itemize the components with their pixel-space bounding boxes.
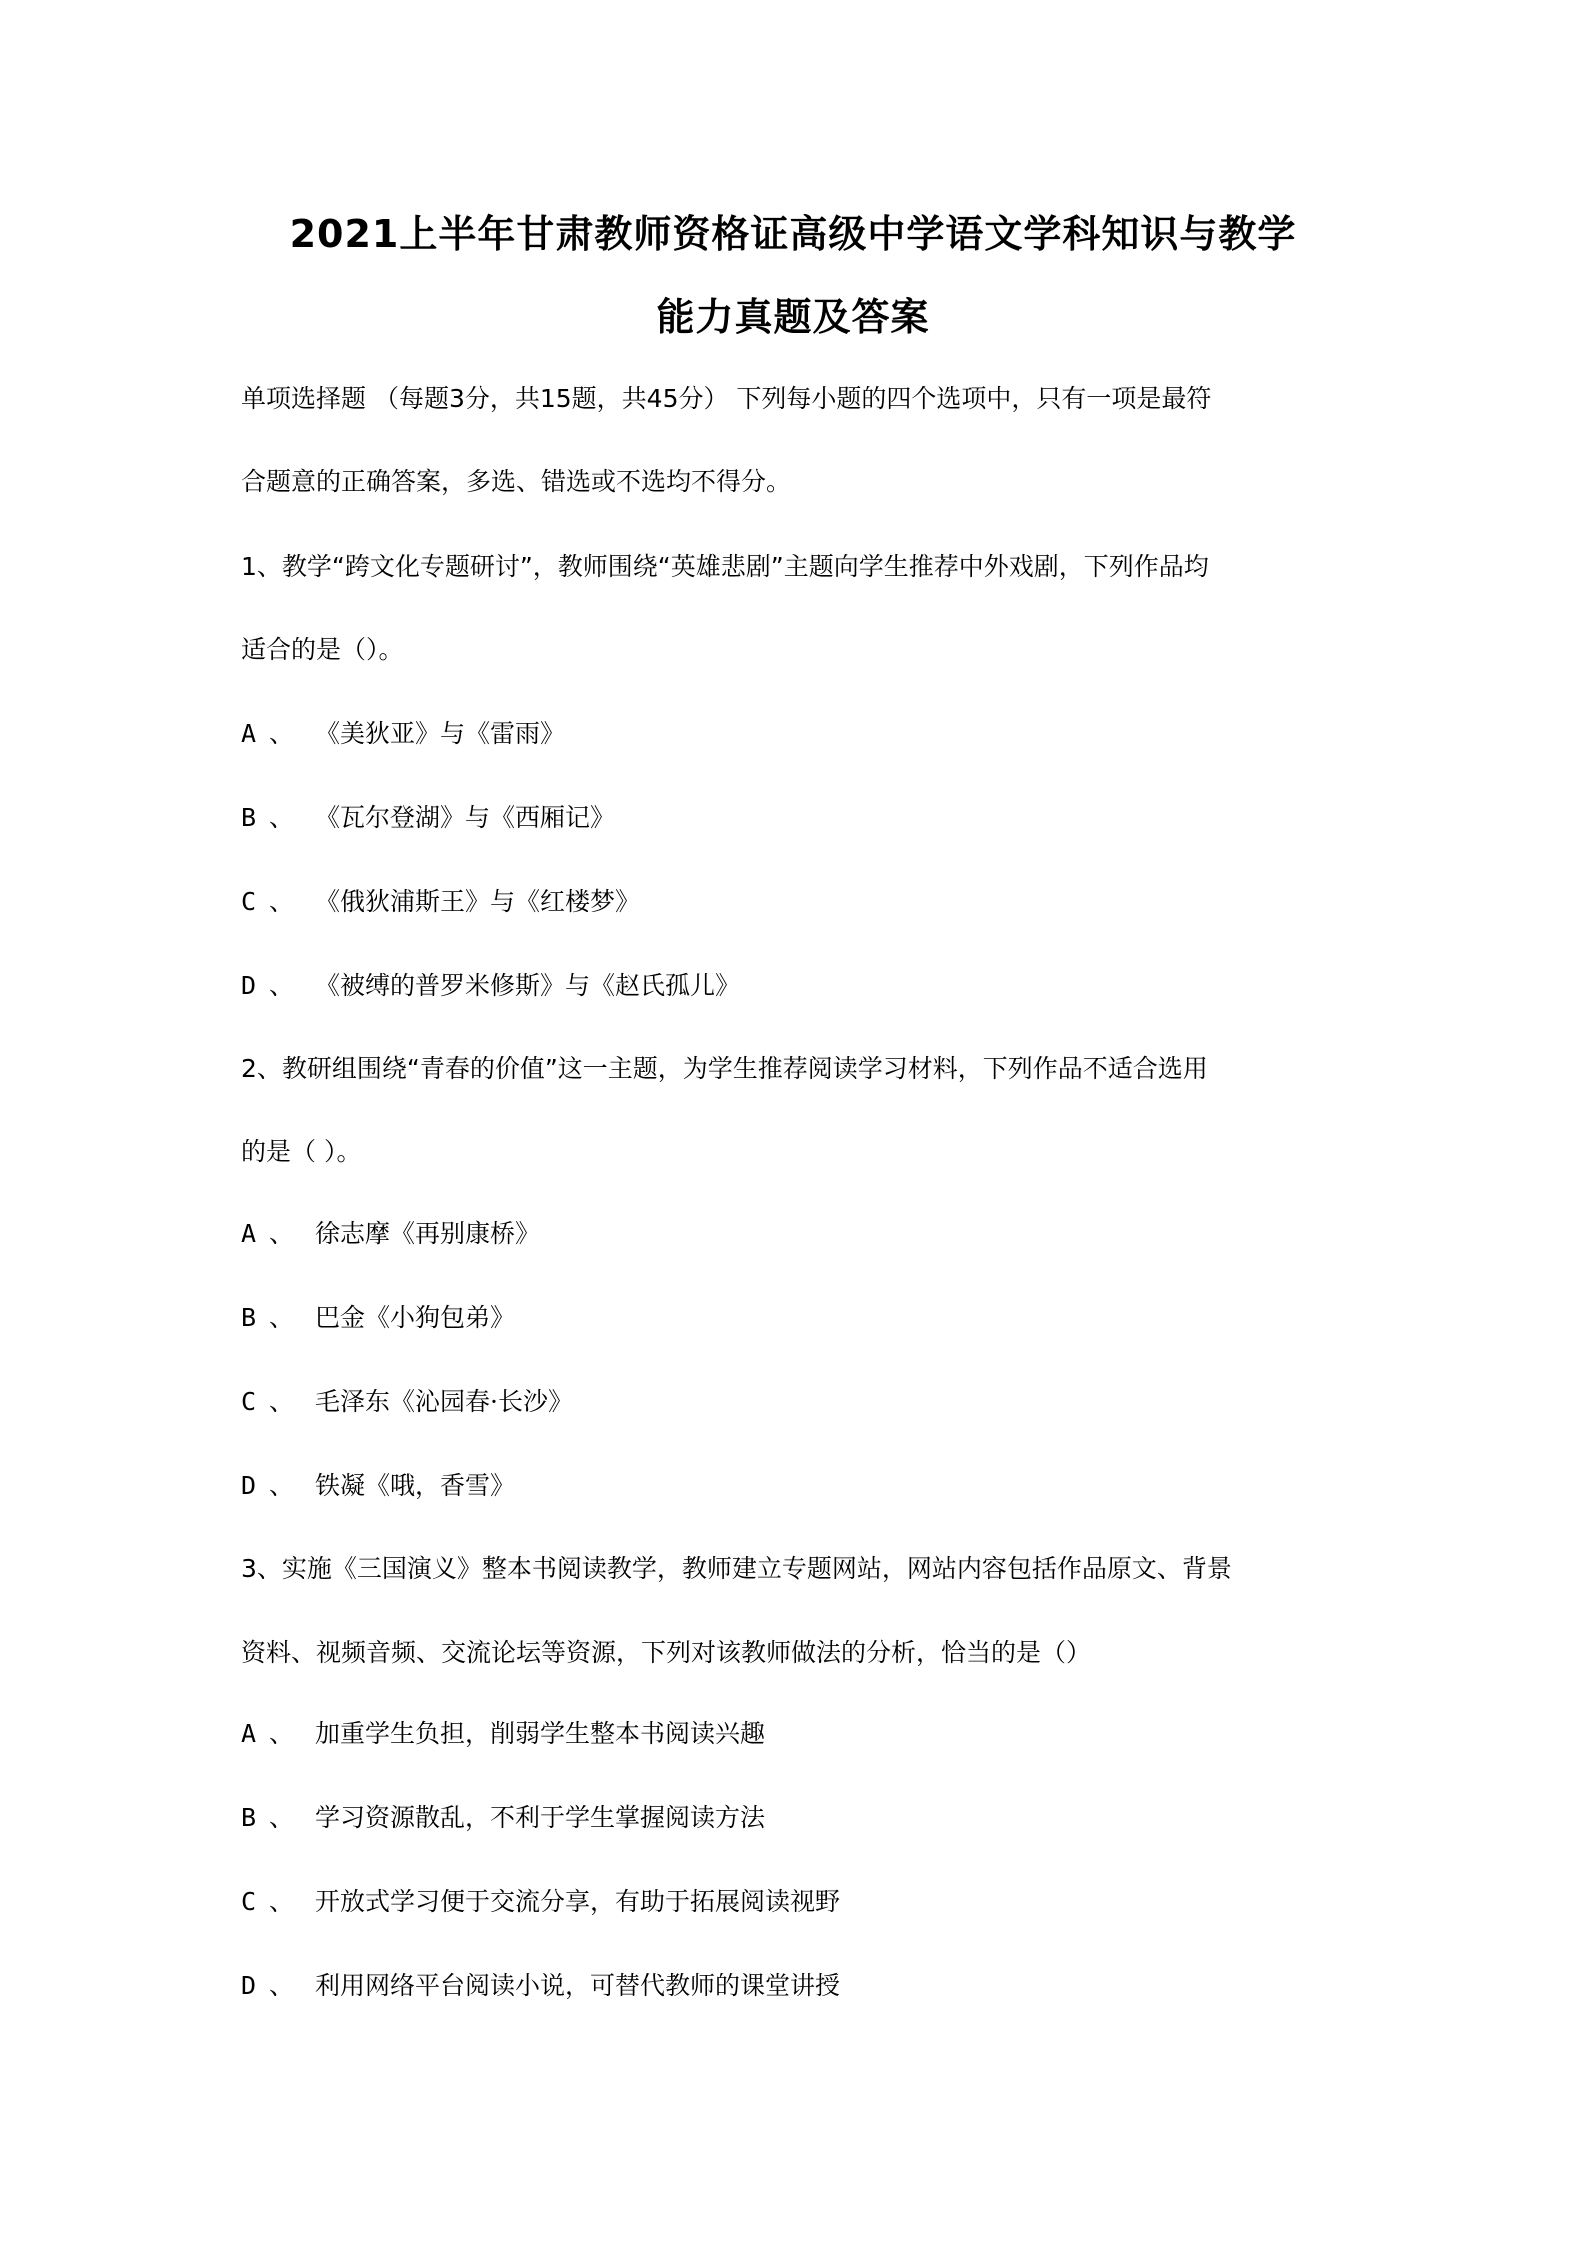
question-2-stem-line-2: 的是（ ）。: [241, 1136, 361, 1168]
option-separator: 、: [269, 970, 315, 1002]
question-1-option-d: D、《被缚的普罗米修斯》与《赵氏孤儿》: [241, 970, 740, 1002]
option-letter: A: [241, 718, 269, 750]
option-letter: D: [241, 1970, 269, 2002]
option-separator: 、: [269, 886, 315, 918]
option-text: 巴金《小狗包弟》: [315, 1303, 515, 1332]
option-separator: 、: [269, 1386, 315, 1418]
question-2-option-b: B、巴金《小狗包弟》: [241, 1302, 515, 1334]
question-3-stem-line-1: 3、实施《三国演义》整本书阅读教学，教师建立专题网站，网站内容包括作品原文、背景: [241, 1553, 1232, 1585]
option-separator: 、: [269, 718, 315, 750]
question-2-option-d: D、铁凝《哦，香雪》: [241, 1470, 515, 1502]
option-text: 《俄狄浦斯王》与《红楼梦》: [315, 887, 640, 916]
option-letter: B: [241, 1302, 269, 1334]
option-letter: B: [241, 802, 269, 834]
question-1-stem-line-2: 适合的是（）。: [241, 634, 404, 666]
question-3-option-d: D、利用网络平台阅读小说，可替代教师的课堂讲授: [241, 1970, 840, 2002]
question-3-option-c: C、开放式学习便于交流分享，有助于拓展阅读视野: [241, 1886, 840, 1918]
option-separator: 、: [269, 1802, 315, 1834]
question-3-option-a: A、加重学生负担，削弱学生整本书阅读兴趣: [241, 1718, 765, 1750]
option-letter: C: [241, 1386, 269, 1418]
question-1-stem-line-1: 1、教学“跨文化专题研讨”，教师围绕“英雄悲剧”主题向学生推荐中外戏剧，下列作品…: [241, 551, 1209, 583]
document-title-line-2: 能力真题及答案: [160, 295, 1426, 339]
option-text: 加重学生负担，削弱学生整本书阅读兴趣: [315, 1719, 765, 1748]
question-2-stem-line-1: 2、教研组围绕“青春的价值”这一主题，为学生推荐阅读学习材料，下列作品不适合选用: [241, 1053, 1208, 1085]
option-separator: 、: [269, 802, 315, 834]
option-separator: 、: [269, 1218, 315, 1250]
option-separator: 、: [269, 1718, 315, 1750]
option-text: 《瓦尔登湖》与《西厢记》: [315, 803, 615, 832]
option-separator: 、: [269, 1886, 315, 1918]
option-text: 《美狄亚》与《雷雨》: [315, 719, 565, 748]
option-letter: D: [241, 1470, 269, 1502]
instructions-line-1: 单项选择题 （每题3分，共15题，共45分） 下列每小题的四个选项中，只有一项是…: [241, 383, 1211, 415]
question-3-option-b: B、学习资源散乱，不利于学生掌握阅读方法: [241, 1802, 765, 1834]
option-letter: D: [241, 970, 269, 1002]
option-letter: A: [241, 1218, 269, 1250]
document-title-line-1: 2021上半年甘肃教师资格证高级中学语文学科知识与教学: [160, 212, 1426, 256]
option-text: 毛泽东《沁园春·长沙》: [315, 1387, 573, 1416]
option-text: 开放式学习便于交流分享，有助于拓展阅读视野: [315, 1887, 840, 1916]
question-1-option-c: C、《俄狄浦斯王》与《红楼梦》: [241, 886, 640, 918]
option-separator: 、: [269, 1302, 315, 1334]
question-1-option-a: A、《美狄亚》与《雷雨》: [241, 718, 565, 750]
option-separator: 、: [269, 1470, 315, 1502]
option-text: 利用网络平台阅读小说，可替代教师的课堂讲授: [315, 1971, 840, 2000]
document-page: 2021上半年甘肃教师资格证高级中学语文学科知识与教学 能力真题及答案 单项选择…: [0, 0, 1586, 2244]
option-text: 徐志摩《再别康桥》: [315, 1219, 540, 1248]
option-separator: 、: [269, 1970, 315, 2002]
option-letter: B: [241, 1802, 269, 1834]
option-letter: C: [241, 1886, 269, 1918]
question-3-stem-line-2: 资料、视频音频、交流论坛等资源，下列对该教师做法的分析，恰当的是（）: [241, 1637, 1091, 1669]
option-text: 铁凝《哦，香雪》: [315, 1471, 515, 1500]
question-2-option-a: A、徐志摩《再别康桥》: [241, 1218, 540, 1250]
instructions-line-2: 合题意的正确答案，多选、错选或不选均不得分。: [241, 466, 791, 498]
option-text: 《被缚的普罗米修斯》与《赵氏孤儿》: [315, 971, 740, 1000]
option-text: 学习资源散乱，不利于学生掌握阅读方法: [315, 1803, 765, 1832]
option-letter: C: [241, 886, 269, 918]
question-1-option-b: B、《瓦尔登湖》与《西厢记》: [241, 802, 615, 834]
question-2-option-c: C、毛泽东《沁园春·长沙》: [241, 1386, 573, 1418]
option-letter: A: [241, 1718, 269, 1750]
